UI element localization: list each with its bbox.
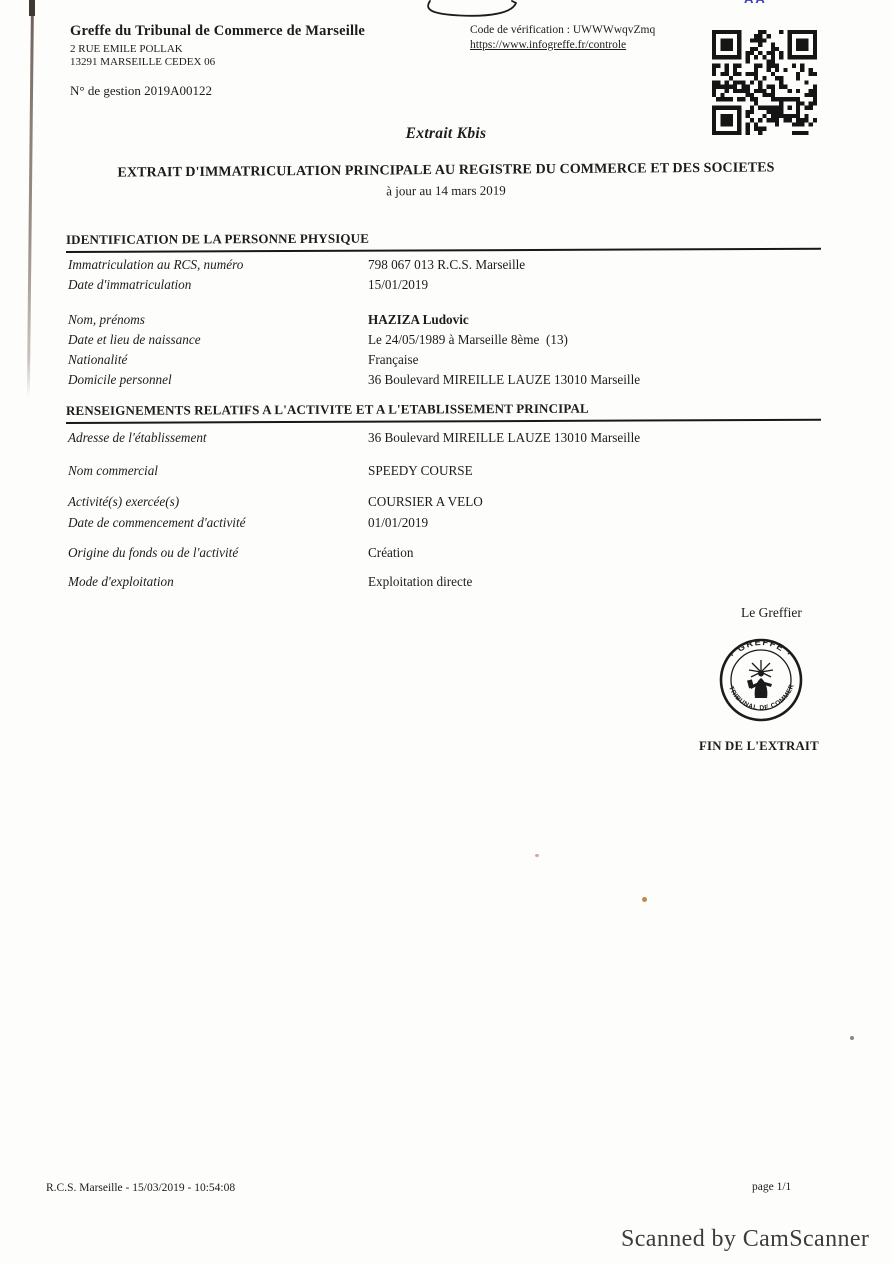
field-label: Immatriculation au RCS, numéro: [68, 255, 368, 275]
scan-speck: [535, 854, 539, 857]
scan-edge-artifact-dark: [29, 0, 35, 16]
field-label: Date et lieu de naissance: [68, 330, 368, 350]
field-value: Création: [368, 543, 413, 563]
field-label: Activité(s) exercée(s): [68, 492, 368, 512]
field-row: Nom, prénoms HAZIZA Ludovic: [68, 310, 858, 330]
field-value: 798 067 013 R.C.S. Marseille: [368, 255, 525, 275]
field-row: Adresse de l'établissement 36 Boulevard …: [68, 428, 858, 448]
scan-mark-curve: [420, 0, 530, 20]
section-heading-identification: IDENTIFICATION DE LA PERSONNE PHYSIQUE: [66, 229, 821, 253]
field-value: 36 Boulevard MIREILLE LAUZE 13010 Marsei…: [368, 370, 640, 390]
end-of-extract-label: FIN DE L'EXTRAIT: [699, 739, 819, 754]
field-value: 01/01/2019: [368, 513, 428, 533]
identification-rows: Immatriculation au RCS, numéro 798 067 0…: [68, 255, 858, 390]
main-heading: EXTRAIT D'IMMATRICULATION PRINCIPALE AU …: [0, 159, 892, 182]
field-value: SPEEDY COURSE: [368, 461, 473, 481]
field-label: Origine du fonds ou de l'activité: [68, 543, 368, 563]
footer-page-number: page 1/1: [752, 1181, 791, 1193]
scan-speck: [642, 897, 647, 902]
field-row: Date de commencement d'activité 01/01/20…: [68, 513, 858, 533]
field-value: Française: [368, 350, 419, 370]
verification-code: Code de vérification : UWWWwqvZmq: [470, 24, 655, 36]
field-label: Date de commencement d'activité: [68, 513, 368, 533]
field-value: Le 24/05/1989 à Marseille 8ème (13): [368, 330, 568, 350]
field-label: Nom, prénoms: [68, 310, 368, 330]
infogreffe-logo-fragment-icon: AA: [744, 0, 784, 8]
footer-rcs-timestamp: R.C.S. Marseille - 15/03/2019 - 10:54:08: [46, 1182, 235, 1194]
document-page: AA Greffe du Tribunal de Commerce de Mar…: [0, 0, 892, 1263]
field-row: Activité(s) exercée(s) COURSIER A VELO: [68, 492, 858, 512]
field-row: Mode d'exploitation Exploitation directe: [68, 572, 858, 592]
section-heading-activity: RENSEIGNEMENTS RELATIFS A L'ACTIVITE ET …: [66, 400, 821, 424]
field-label: Date d'immatriculation: [68, 275, 368, 295]
qr-code-icon: [712, 30, 817, 135]
office-address-line1: 2 RUE EMILE POLLAK: [70, 43, 183, 55]
svg-text:· GREFFE ·: · GREFFE ·: [728, 637, 795, 660]
field-value: HAZIZA Ludovic: [368, 310, 469, 330]
field-label: Nom commercial: [68, 461, 368, 481]
as-of-date: à jour au 14 mars 2019: [0, 181, 892, 202]
field-label: Nationalité: [68, 350, 368, 370]
field-label: Domicile personnel: [68, 370, 368, 390]
scan-speck: [850, 1036, 854, 1040]
field-row: Origine du fonds ou de l'activité Créati…: [68, 543, 858, 563]
verification-url: https://www.infogreffe.fr/controle: [470, 39, 626, 51]
document-title: Extrait Kbis: [0, 125, 892, 143]
field-row: Date et lieu de naissance Le 24/05/1989 …: [68, 330, 858, 350]
court-seal-icon: · GREFFE · DU TRIBUNAL DE COMMERCE: [717, 636, 805, 724]
field-value: 36 Boulevard MIREILLE LAUZE 13010 Marsei…: [368, 428, 640, 448]
camscanner-watermark: Scanned by CamScanner: [621, 1226, 869, 1253]
field-row: Nom commercial SPEEDY COURSE: [68, 461, 858, 481]
field-label: Adresse de l'établissement: [68, 428, 368, 448]
field-value: Exploitation directe: [368, 572, 472, 592]
issuing-office-name: Greffe du Tribunal de Commerce de Marsei…: [70, 23, 365, 40]
field-row: Immatriculation au RCS, numéro 798 067 0…: [68, 255, 858, 275]
field-label: Mode d'exploitation: [68, 572, 368, 592]
gestion-number: N° de gestion 2019A00122: [70, 83, 212, 99]
field-row: Nationalité Française: [68, 350, 858, 370]
signer-title: Le Greffier: [741, 605, 802, 621]
activity-rows: Adresse de l'établissement 36 Boulevard …: [68, 428, 858, 592]
field-value: 15/01/2019: [368, 275, 428, 295]
field-row: Domicile personnel 36 Boulevard MIREILLE…: [68, 370, 858, 390]
field-value: COURSIER A VELO: [368, 492, 483, 512]
office-address-line2: 13291 MARSEILLE CEDEX 06: [70, 56, 215, 68]
field-row: Date d'immatriculation 15/01/2019: [68, 275, 858, 295]
